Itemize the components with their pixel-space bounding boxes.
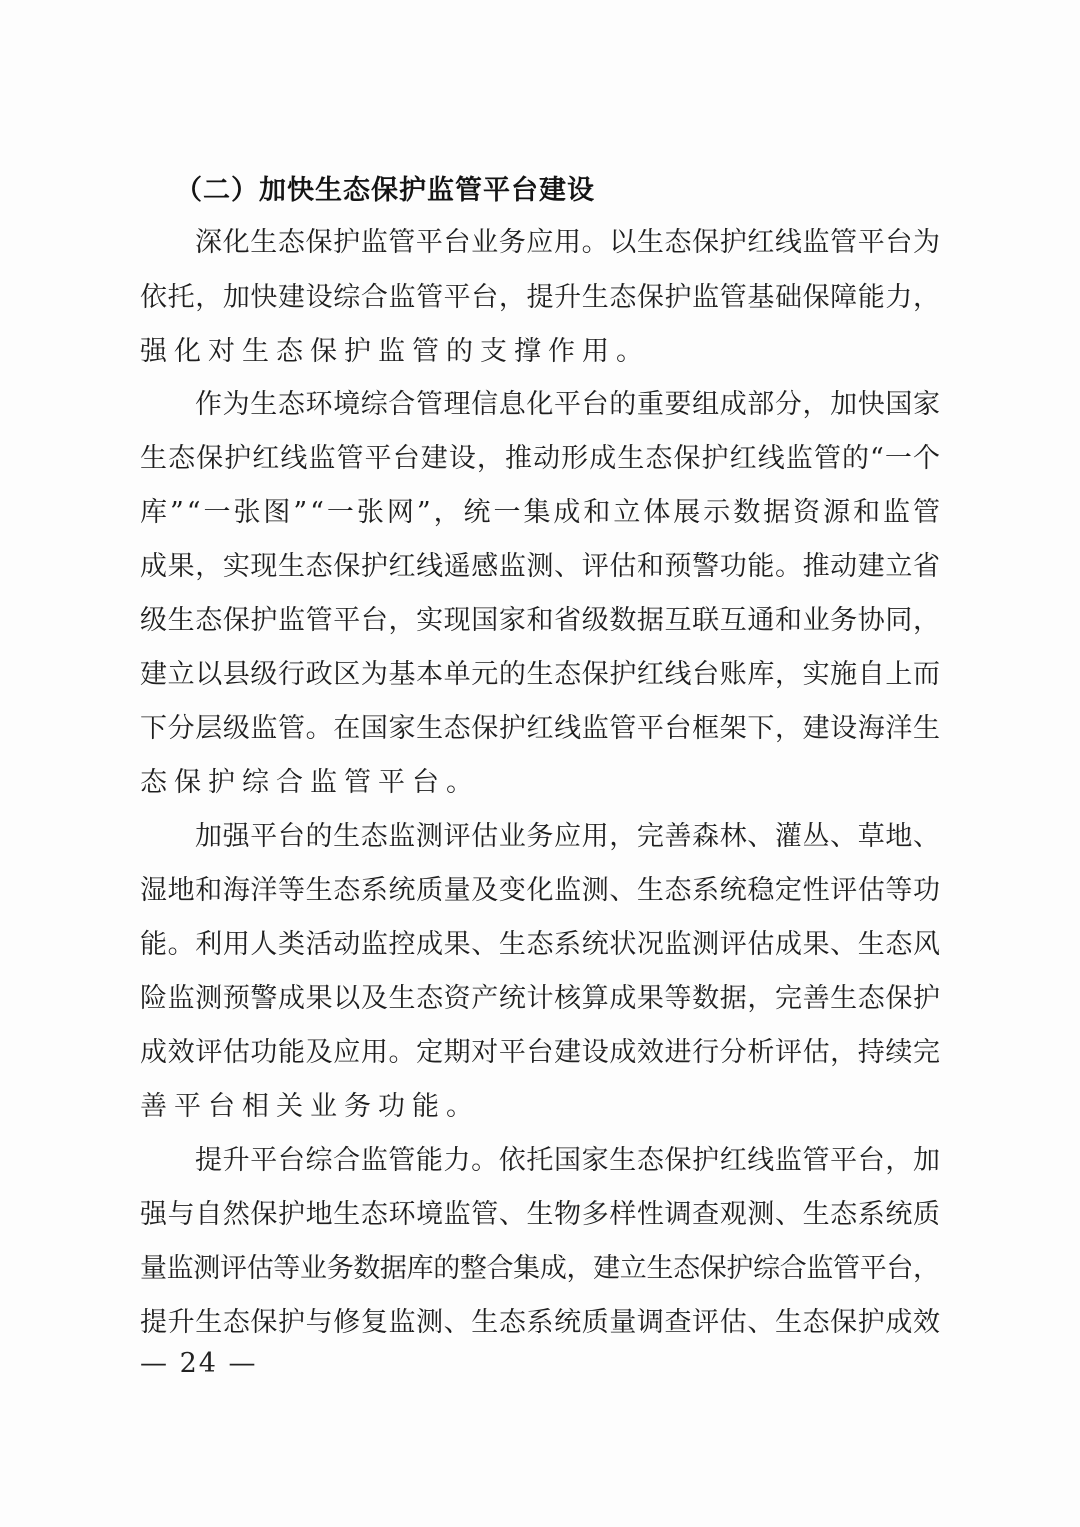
document-page: （二）加快生态保护监管平台建设 深化生态保护监管平台业务应用。以生态保护红线监管… — [0, 0, 1080, 1527]
text-line: 能。利用人类活动监控成果、生态系统状况监测评估成果、生态风 — [140, 925, 940, 965]
text-line: 湿地和海洋等生态系统质量及变化监测、生态系统稳定性评估等功 — [140, 871, 940, 911]
text-line: 强与自然保护地生态环境监管、生物多样性调查观测、生态系统质 — [140, 1195, 940, 1235]
text-line: 成效评估功能及应用。定期对平台建设成效进行分析评估，持续完 — [140, 1033, 940, 1073]
text-line: 生态保护红线监管平台建设，推动形成生态保护红线监管的“一个 — [140, 439, 940, 479]
text-line: 依托，加快建设综合监管平台，提升生态保护监管基础保障能力， — [140, 278, 940, 318]
text-line: 提升平台综合监管能力。依托国家生态保护红线监管平台，加 — [195, 1141, 940, 1181]
text-line: 成果，实现生态保护红线遥感监测、评估和预警功能。推动建立省 — [140, 547, 940, 587]
text-line: 下分层级监管。在国家生态保护红线监管平台框架下，建设海洋生 — [140, 709, 940, 749]
text-line: 建立以县级行政区为基本单元的生态保护红线台账库，实施自上而 — [140, 655, 940, 695]
text-line: 作为生态环境综合管理信息化平台的重要组成部分，加快国家 — [195, 385, 940, 425]
section-heading: （二）加快生态保护监管平台建设 — [175, 168, 595, 207]
text-line: 险监测预警成果以及生态资产统计核算成果等数据，完善生态保护 — [140, 979, 940, 1019]
text-line: 加强平台的生态监测评估业务应用，完善森林、灌丛、草地、 — [195, 817, 940, 857]
text-line: 强化对生态保护监管的支撑作用。 — [140, 332, 940, 372]
text-line: 库”“一张图”“一张网”，统一集成和立体展示数据资源和监管 — [140, 493, 940, 533]
text-line: 态保护综合监管平台。 — [140, 763, 940, 803]
text-line: 级生态保护监管平台，实现国家和省级数据互联互通和业务协同， — [140, 601, 940, 641]
text-line: 提升生态保护与修复监测、生态系统质量调查评估、生态保护成效 — [140, 1303, 940, 1343]
text-line: 深化生态保护监管平台业务应用。以生态保护红线监管平台为 — [195, 223, 940, 263]
text-line: 量监测评估等业务数据库的整合集成，建立生态保护综合监管平台， — [140, 1249, 940, 1289]
text-line: 善平台相关业务功能。 — [140, 1087, 940, 1127]
page-number: — 24 — — [140, 1344, 258, 1384]
